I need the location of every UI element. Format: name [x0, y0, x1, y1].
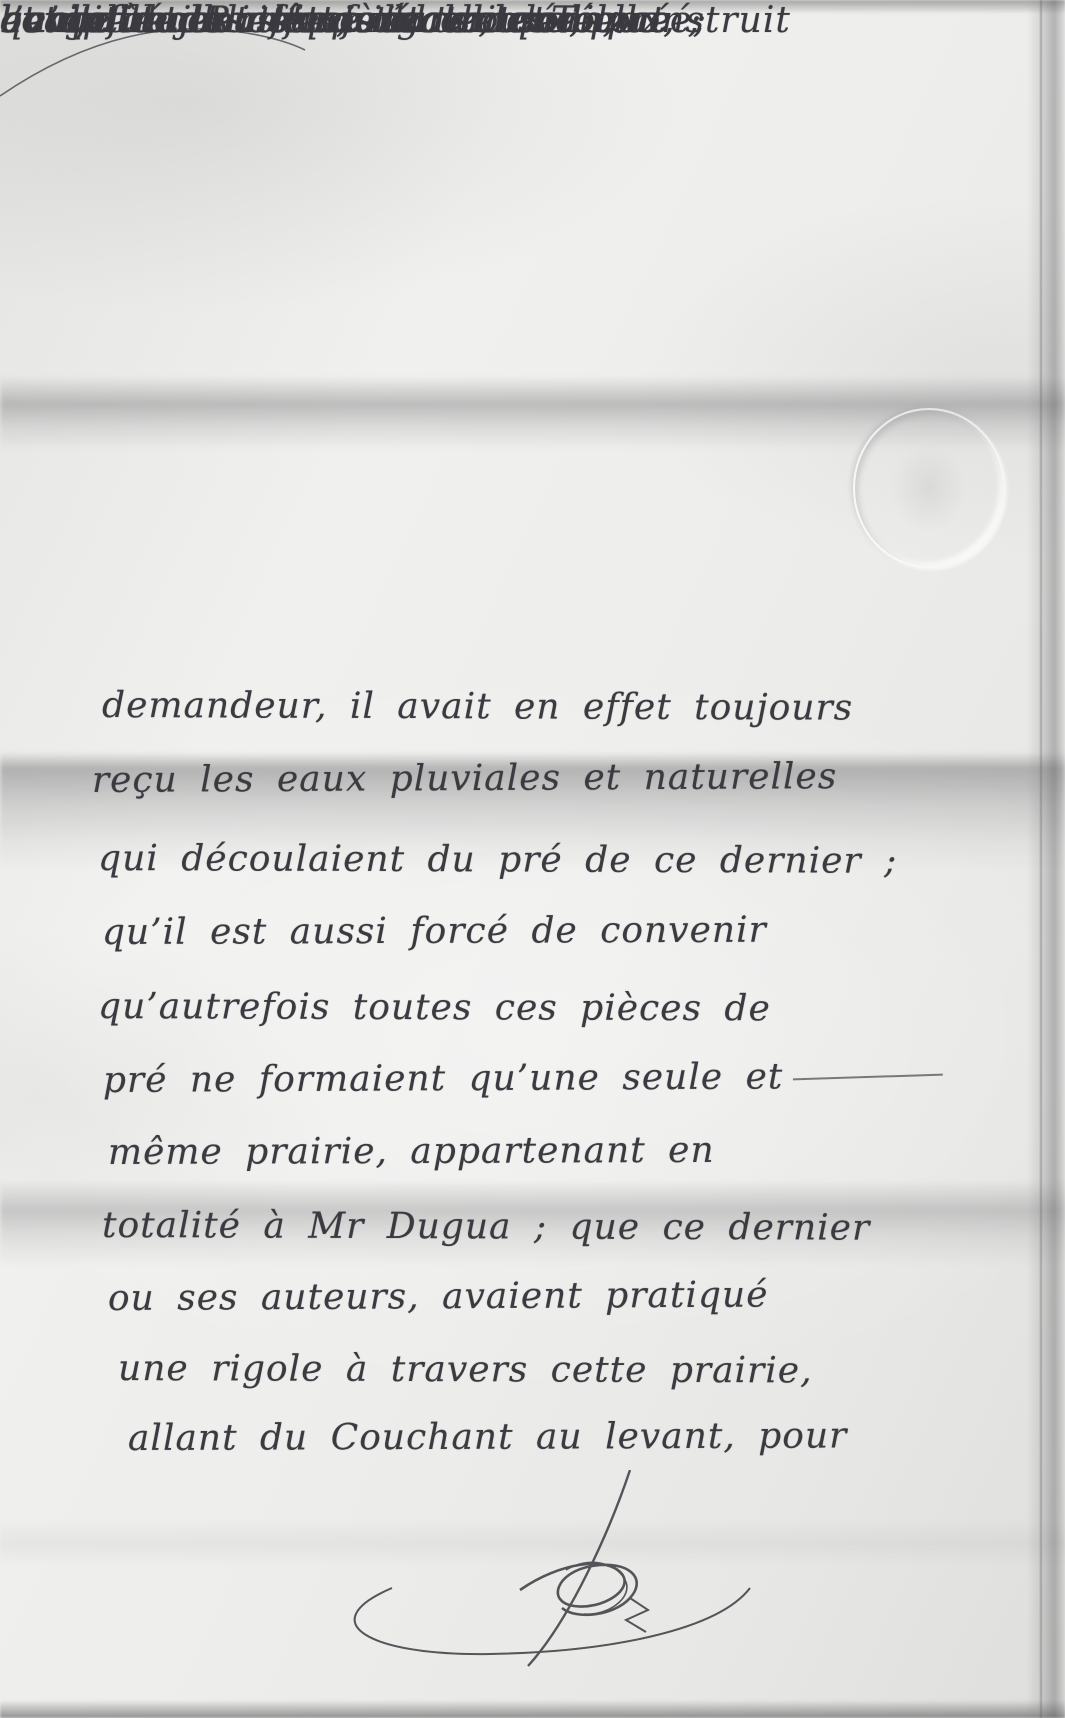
manuscript-line: une rigole à travers cette prairie,	[118, 1348, 813, 1391]
manuscript-line: même prairie, appartenant en	[108, 1130, 715, 1173]
manuscript-line: demandeur, il avait en effet toujours	[102, 685, 853, 729]
bottom-edge-shadow	[0, 1700, 1065, 1718]
manuscript-line: qui découlaient du pré de ce dernier ;	[98, 838, 897, 882]
embossed-seal	[853, 408, 1005, 568]
manuscript-line: allant du Couchant au levant, pour	[128, 1415, 848, 1459]
manuscript-line: reçu les eaux pluviales et naturelles	[92, 756, 838, 801]
manuscript-line: qu’autrefois toutes ces pièces de	[98, 986, 771, 1029]
right-page-edge	[1027, 0, 1065, 1718]
manuscript-line: totalité à Mr Dugua ; que ce dernier	[102, 1205, 870, 1249]
manuscript-page: demandeur, il avait en effet toujours re…	[0, 0, 1065, 1718]
fold-crease-4	[0, 1520, 1065, 1566]
manuscript-line: ou ses auteurs, avaient pratiqué	[108, 1275, 769, 1319]
fold-crease-1	[0, 376, 1065, 450]
manuscript-line: l’avait établi le père commun,	[0, 0, 615, 41]
manuscript-line: qu’il est aussi forcé de convenir	[102, 910, 767, 953]
signature-paraph	[330, 1470, 800, 1700]
manuscript-line: pré ne formaient qu’une seule et	[103, 1056, 944, 1101]
right-vertical-crease	[1040, 0, 1042, 1718]
